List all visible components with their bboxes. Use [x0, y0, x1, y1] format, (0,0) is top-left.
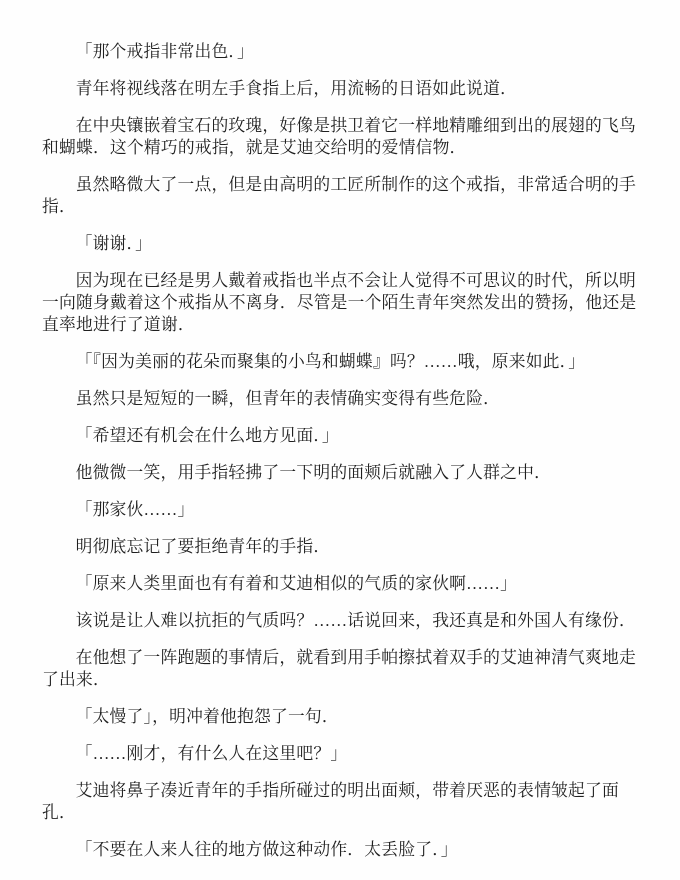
- paragraph: 「太慢了」，明冲着他抱怨了一句．: [42, 706, 652, 728]
- paragraph: 「……刚才，有什么人在这里吧？」: [42, 743, 652, 765]
- paragraph: 艾迪将鼻子凑近青年的手指所碰过的明出面颊，带着厌恶的表情皱起了面孔．: [42, 780, 652, 824]
- paragraph: 「不要在人来人往的地方做这种动作．太丢脸了．」: [42, 839, 652, 861]
- paragraph: 在他想了一阵跑题的事情后，就看到用手帕擦拭着双手的艾迪神清气爽地走了出来．: [42, 647, 652, 691]
- paragraph: 「『因为美丽的花朵而聚集的小鸟和蝴蝶』吗？……哦，原来如此．」: [42, 351, 652, 373]
- novel-text-block: 「那个戒指非常出色．」青年将视线落在明左手食指上后，用流畅的日语如此说道．在中央…: [42, 41, 652, 876]
- paragraph: 虽然略微大了一点，但是由高明的工匠所制作的这个戒指，非常适合明的手指．: [42, 174, 652, 218]
- paragraph: 「谢谢．」: [42, 233, 652, 255]
- paragraph: 「那家伙……」: [42, 499, 652, 521]
- paragraph: 「原来人类里面也有有着和艾迪相似的气质的家伙啊……」: [42, 573, 652, 595]
- paragraph: 虽然只是短短的一瞬，但青年的表情确实变得有些危险．: [42, 388, 652, 410]
- paragraph: 「希望还有机会在什么地方见面．」: [42, 425, 652, 447]
- novel-page: 「那个戒指非常出色．」青年将视线落在明左手食指上后，用流畅的日语如此说道．在中央…: [0, 0, 680, 880]
- paragraph: 该说是让人难以抗拒的气质吗？……话说回来，我还真是和外国人有缘份．: [42, 610, 652, 632]
- paragraph: 他微微一笑，用手指轻拂了一下明的面颊后就融入了人群之中．: [42, 462, 652, 484]
- paragraph: 「那个戒指非常出色．」: [42, 41, 652, 63]
- paragraph: 青年将视线落在明左手食指上后，用流畅的日语如此说道．: [42, 78, 652, 100]
- paragraph: 因为现在已经是男人戴着戒指也半点不会让人觉得不可思议的时代，所以明一向随身戴着这…: [42, 270, 652, 336]
- paragraph: 明彻底忘记了要拒绝青年的手指．: [42, 536, 652, 558]
- paragraph: 在中央镶嵌着宝石的玫瑰，好像是拱卫着它一样地精雕细到出的展翅的飞鸟和蝴蝶．这个精…: [42, 115, 652, 159]
